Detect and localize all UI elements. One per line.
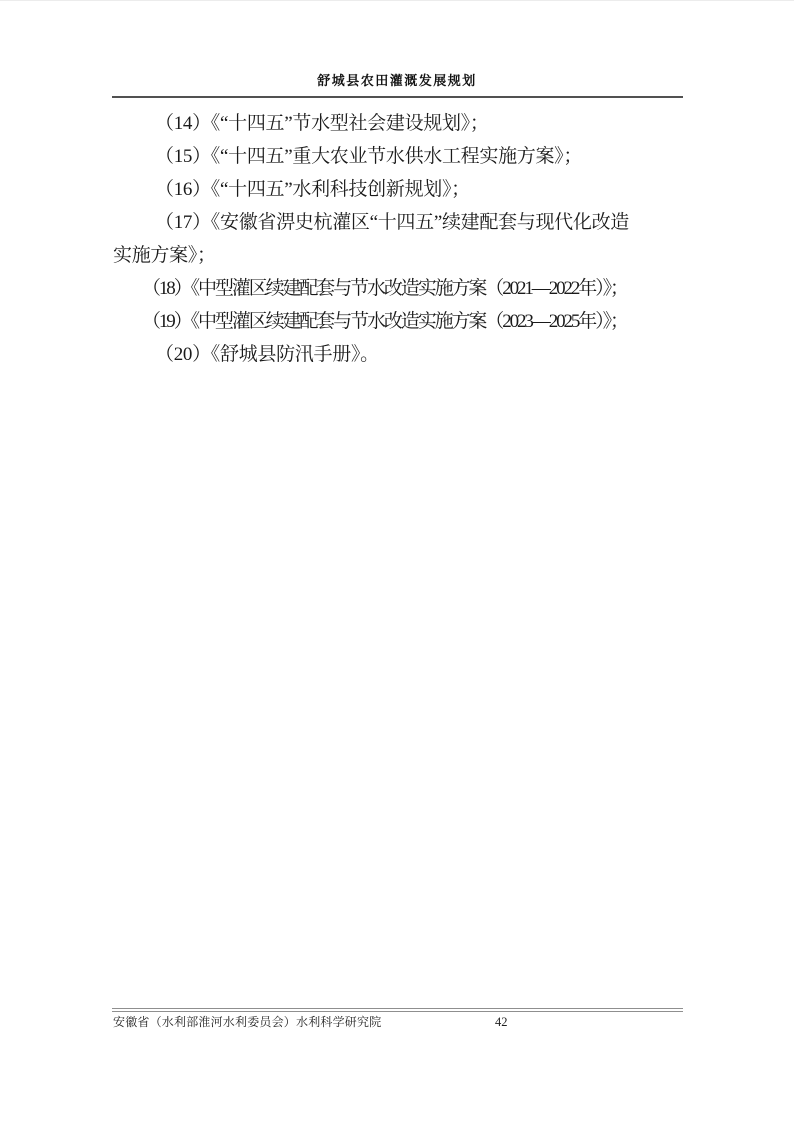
list-item-20: （20）《舒城县防汛手册》。 xyxy=(112,338,683,371)
list-item-17-line2: 实施方案》； xyxy=(112,239,683,272)
list-item-16: （16）《“十四五”水利科技创新规划》； xyxy=(112,173,683,206)
document-page: 舒城县农田灌溉发展规划 （14）《“十四五”节水型社会建设规划》； （15）《“… xyxy=(0,0,794,1123)
header-divider xyxy=(112,96,683,98)
list-item-19: （19）《中型灌区续建配套与节水改造实施方案（2023—2025年）》； xyxy=(112,305,683,338)
list-item-14: （14）《“十四五”节水型社会建设规划》； xyxy=(112,107,683,140)
footer-divider xyxy=(112,1008,683,1012)
reference-list: （14）《“十四五”节水型社会建设规划》； （15）《“十四五”重大农业节水供水… xyxy=(112,107,683,371)
footer-institution: 安徽省（水利部淮河水利委员会）水利科学研究院 xyxy=(113,1014,381,1030)
list-item-15: （15）《“十四五”重大农业节水供水工程实施方案》； xyxy=(112,140,683,173)
list-item-17-line1: （17）《安徽省淠史杭灌区“十四五”续建配套与现代化改造 xyxy=(112,206,683,239)
page-number: 42 xyxy=(495,1014,508,1030)
header-title: 舒城县农田灌溉发展规划 xyxy=(0,72,794,89)
list-item-18: （18）《中型灌区续建配套与节水改造实施方案（2021—2022年）》； xyxy=(112,272,683,305)
